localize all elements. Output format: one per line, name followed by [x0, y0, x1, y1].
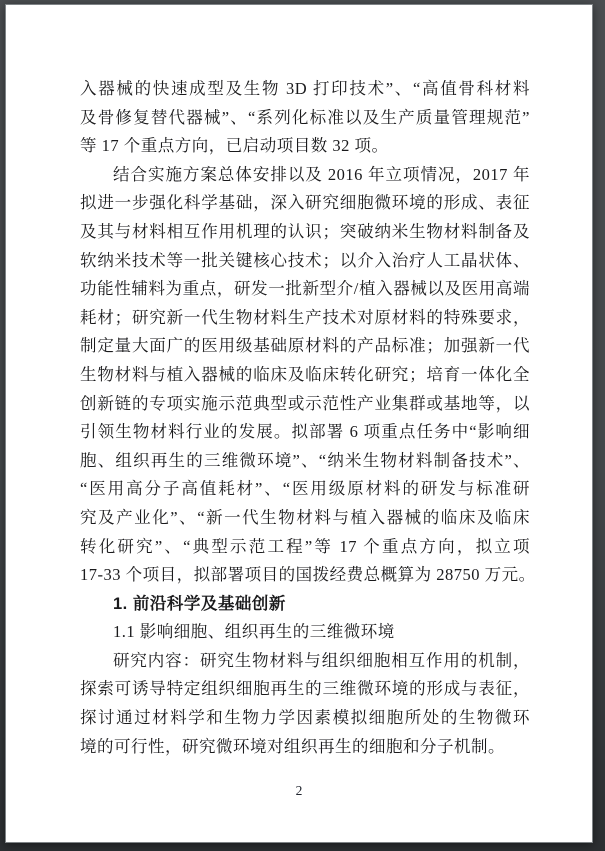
text-line: 拟进一步强化科学基础，深入研究细胞微环境的形成、表征	[80, 189, 530, 218]
text-line: 境的可行性，研究微环境对组织再生的细胞和分子机制。	[80, 733, 530, 762]
text-line: 17-33 个项目，拟部署项目的国拨经费总概算为 28750 万元。	[80, 561, 530, 590]
text-line: 功能性辅料为重点，研发一批新型介/植入器械以及医用高端	[80, 275, 530, 304]
page-text: 入器械的快速成型及生物 3D 打印技术”、“高值骨科材料及骨修复替代器械”、“系…	[80, 75, 530, 761]
heading1-line: 1. 前沿科学及基础创新	[80, 590, 530, 619]
text-line: 及骨修复替代器械”、“系列化标准以及生产质量管理规范”	[80, 104, 530, 133]
heading2-line: 1.1 影响细胞、组织再生的三维微环境	[80, 618, 530, 647]
text-line: 制定量大面广的医用级基础原材料的产品标准；加强新一代	[80, 332, 530, 361]
text-line: “医用高分子高值耗材”、“医用级原材料的研发与标准研	[80, 475, 530, 504]
text-line: 入器械的快速成型及生物 3D 打印技术”、“高值骨科材料	[80, 75, 530, 104]
text-line: 及其与材料相互作用机理的认识；突破纳米生物材料制备及	[80, 218, 530, 247]
document-page: 入器械的快速成型及生物 3D 打印技术”、“高值骨科材料及骨修复替代器械”、“系…	[5, 4, 593, 843]
page-number: 2	[6, 783, 592, 799]
text-line: 引领生物材料行业的发展。拟部署 6 项重点任务中“影响细	[80, 418, 530, 447]
viewer-background: { "colors": { "backdrop_top": "#4b4e51",…	[0, 0, 605, 851]
text-line: 结合实施方案总体安排以及 2016 年立项情况，2017 年	[80, 161, 530, 190]
text-line: 创新链的专项实施示范典型或示范性产业集群或基地等，以	[80, 390, 530, 419]
text-line: 等 17 个重点方向，已启动项目数 32 项。	[80, 132, 530, 161]
text-line: 软纳米技术等一批关键核心技术；以介入治疗人工晶状体、	[80, 247, 530, 276]
text-line: 研究内容：研究生物材料与组织细胞相互作用的机制，	[80, 647, 530, 676]
text-line: 探索可诱导特定组织细胞再生的三维微环境的形成与表征，	[80, 675, 530, 704]
text-line: 耗材；研究新一代生物材料生产技术对原材料的特殊要求，	[80, 304, 530, 333]
text-line: 胞、组织再生的三维微环境”、“纳米生物材料制备技术”、	[80, 447, 530, 476]
text-line: 转化研究”、“典型示范工程”等 17 个重点方向，拟立项	[80, 533, 530, 562]
text-line: 生物材料与植入器械的临床及临床转化研究；培育一体化全	[80, 361, 530, 390]
text-line: 究及产业化”、“新一代生物材料与植入器械的临床及临床	[80, 504, 530, 533]
text-line: 探讨通过材料学和生物力学因素模拟细胞所处的生物微环	[80, 704, 530, 733]
